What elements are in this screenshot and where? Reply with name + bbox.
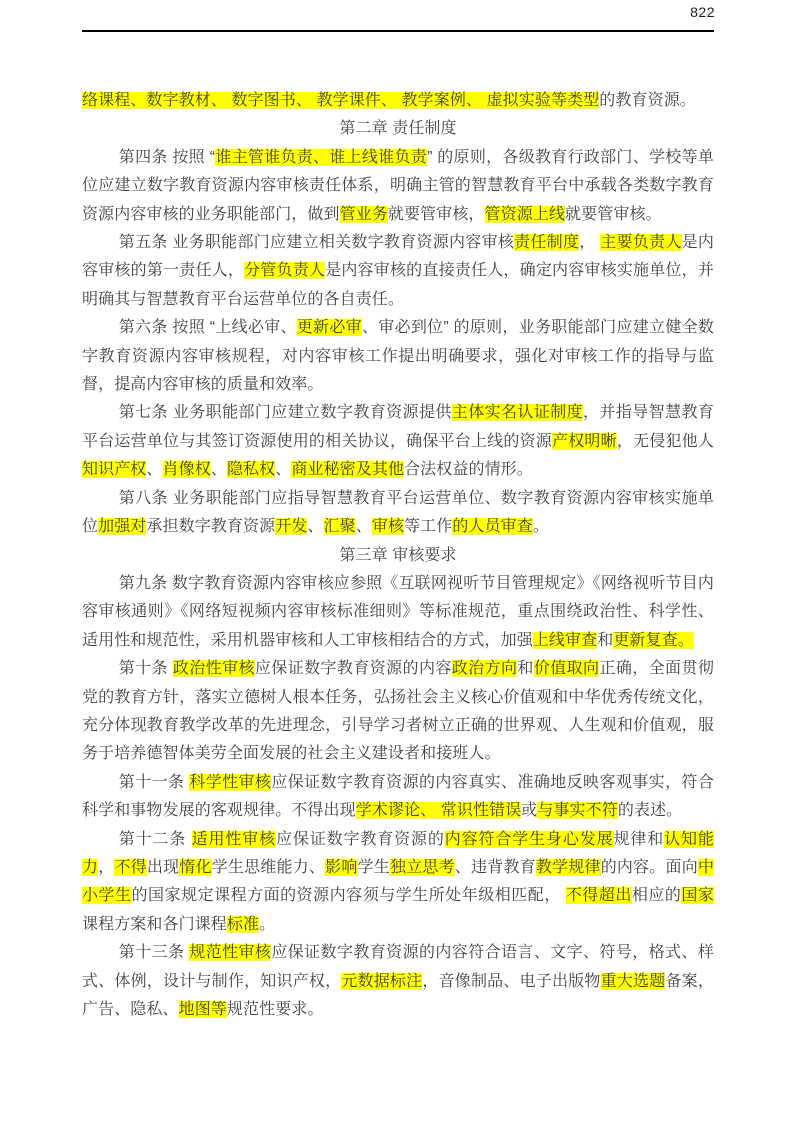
highlighted-text: 与事实不符 [537, 802, 618, 819]
highlighted-text: 内容符合学生身心发展 [445, 831, 614, 848]
chapter-heading: 第二章 责任制度 [82, 115, 714, 143]
text-segment: 相应的 [632, 887, 682, 904]
text-segment: 、 [275, 461, 291, 478]
text-segment: 或 [521, 802, 537, 819]
text-segment: 、 [146, 461, 162, 478]
highlighted-text: 商业秘密及其他 [291, 461, 404, 478]
highlighted-text: 的人员审查 [452, 518, 533, 535]
paragraph: 第九条 数字教育资源内容审核应参照《互联网视听节目管理规定》《网络视听节目内容审… [82, 570, 714, 655]
highlighted-text: 产权明晰 [552, 433, 617, 450]
highlighted-text: 价值取向 [534, 660, 600, 677]
paragraph: 第七条 业务职能部门应建立数字教育资源提供主体实名认证制度，并指导智慧教育平台运… [82, 399, 714, 484]
highlighted-text: 更新复查。 [613, 632, 694, 649]
highlighted-text: 元数据标注 [341, 973, 422, 990]
text-segment: 。 [259, 916, 275, 933]
text-segment: 合法权益的情形。 [404, 461, 533, 478]
highlighted-text: 谁上线谁负责 [329, 149, 427, 166]
text-segment: 的教育资源。 [599, 92, 696, 109]
highlighted-text: 更新必审 [297, 319, 362, 336]
text-segment: 和 [597, 632, 613, 649]
text-segment: 规范性要求。 [227, 1001, 324, 1018]
paragraph: 络课程、数字教材、 数字图书、 教学课件、 教学案例、 虚拟实验等类型的教育资源… [82, 87, 714, 115]
paragraph: 第八条 业务职能部门应指导智慧教育平台运营单位、数字教育资源内容审核实施单位加强… [82, 485, 714, 542]
paragraph: 第五条 业务职能部门应建立相关数字教育资源内容审核责任制度， 主要负责人是内容审… [82, 229, 714, 314]
text-segment: 、 [307, 518, 323, 535]
highlighted-text: 知识产权 [82, 461, 146, 478]
paragraph: 第十三条 规范性审核应保证数字教育资源的内容符合语言、文字、符号，格式、样式、体… [82, 939, 714, 1024]
highlighted-text: 开发 [275, 518, 307, 535]
paragraph: 第十一条 科学性审核应保证数字教育资源的内容真实、准确地反映客观事实，符合科学和… [82, 769, 714, 826]
text-segment: 学生 [358, 859, 390, 876]
highlighted-text: 汇聚 [324, 518, 356, 535]
text-segment: 第七条 业务职能部门应建立数字教育资源提供 [119, 404, 452, 421]
text-segment: 承担数字教育资源 [146, 518, 275, 535]
highlighted-text: 科学性审核 [189, 774, 271, 791]
text-segment: 的国家规定课程方面的资源内容须与学生所处年级相匹配， [132, 887, 566, 904]
text-segment: 。 [533, 518, 549, 535]
highlighted-text: 学术谬论、 常识性错误 [356, 802, 522, 819]
text-segment: 第十三条 [119, 944, 189, 961]
text-segment: 学生思维能力、 [212, 859, 325, 876]
text-segment: 、 [356, 518, 372, 535]
text-segment: 第十二条 [119, 831, 192, 848]
text-segment: 就要管审核， [388, 206, 485, 223]
highlighted-text: 责任制度 [514, 234, 579, 251]
highlighted-text: 加强对 [98, 518, 146, 535]
highlighted-text: 分管负责人 [244, 262, 325, 279]
highlighted-text: 独立思考 [390, 859, 455, 876]
paragraph: 第六条 按照 “上线必审、更新必审、审必到位” 的原则，业务职能部门应建立健全数… [82, 314, 714, 399]
highlighted-text: 不得 [114, 859, 146, 876]
text-segment: ，无侵犯他人 [617, 433, 714, 450]
text-segment: 的表述。 [618, 802, 682, 819]
highlighted-text: 影响 [325, 859, 357, 876]
highlighted-text: 标准 [227, 916, 259, 933]
page-number: 822 [690, 4, 715, 20]
document-page: 822 络课程、数字教材、 数字图书、 教学课件、 教学案例、 虚拟实验等类型的… [0, 0, 793, 1122]
text-segment: 出现 [147, 859, 179, 876]
highlighted-text: 教学规律 [536, 859, 601, 876]
highlighted-text: 隐私权 [227, 461, 275, 478]
paragraph: 第十条 政治性审核应保证数字教育资源的内容政治方向和价值取向正确，全面贯彻党的教… [82, 655, 714, 769]
highlighted-text: 肖像权 [163, 461, 211, 478]
highlighted-text: 管资源上线 [485, 206, 566, 223]
text-segment: 第二章 责任制度 [339, 120, 456, 137]
text-segment: 课程方案和各门课程 [82, 916, 227, 933]
document-content: 络课程、数字教材、 数字图书、 教学课件、 教学案例、 虚拟实验等类型的教育资源… [82, 87, 714, 1024]
text-segment: 等工作 [404, 518, 452, 535]
highlighted-text: 管业务 [340, 206, 388, 223]
highlighted-text: 重大选题 [601, 973, 666, 990]
text-segment: 、 [211, 461, 227, 478]
highlighted-text: 不得超出 [566, 887, 632, 904]
text-segment: 应保证数字教育资源的内容 [255, 660, 452, 677]
text-segment: ， [579, 234, 600, 251]
highlighted-text: 地图等 [179, 1001, 227, 1018]
highlighted-text: 主要负责人 [600, 234, 681, 251]
text-segment: 、违背教育 [455, 859, 536, 876]
highlighted-text: 政治性审核 [173, 660, 255, 677]
text-segment: 就要管审核。 [565, 206, 662, 223]
highlighted-text: 政治方向 [452, 660, 518, 677]
paragraph: 第四条 按照 “谁主管谁负责、谁上线谁负责” 的原则，各级教育行政部门、学校等单… [82, 144, 714, 229]
text-segment: 和 [517, 660, 533, 677]
text-segment: 第六条 按照 “上线必审、 [119, 319, 297, 336]
paragraph: 第十二条 适用性审核应保证数字教育资源的内容符合学生身心发展规律和认知能力，不得… [82, 826, 714, 940]
highlighted-text: 主体实名认证制度 [452, 404, 583, 421]
text-segment: ， [98, 859, 114, 876]
text-segment: ，音像制品、电子出版物 [422, 973, 600, 990]
highlighted-text: 审核 [372, 518, 404, 535]
highlighted-text: 规范性审核 [189, 944, 271, 961]
text-segment: 第三章 审核要求 [339, 547, 456, 564]
highlighted-text: 国家 [681, 887, 714, 904]
chapter-heading: 第三章 审核要求 [82, 542, 714, 570]
text-segment: 规律和 [614, 831, 665, 848]
highlighted-text: 上线审查 [533, 632, 597, 649]
highlighted-text: 络课程、数字教材、 数字图书、 教学课件、 教学案例、 虚拟实验等类型 [82, 92, 599, 109]
text-segment: 第十条 [119, 660, 173, 677]
text-segment: 第四条 按照 “ [119, 149, 215, 166]
text-segment: 第十一条 [119, 774, 189, 791]
highlighted-text: 适用性审核 [192, 831, 276, 848]
text-segment: 应保证数字教育资源的 [276, 831, 445, 848]
text-segment: 的内容。面向 [601, 859, 698, 876]
highlighted-text: 谁主管谁负责、 [215, 149, 329, 166]
text-segment: 第五条 业务职能部门应建立相关数字教育资源内容审核 [119, 234, 514, 251]
header-rule [82, 30, 714, 32]
highlighted-text: 惰化 [179, 859, 211, 876]
